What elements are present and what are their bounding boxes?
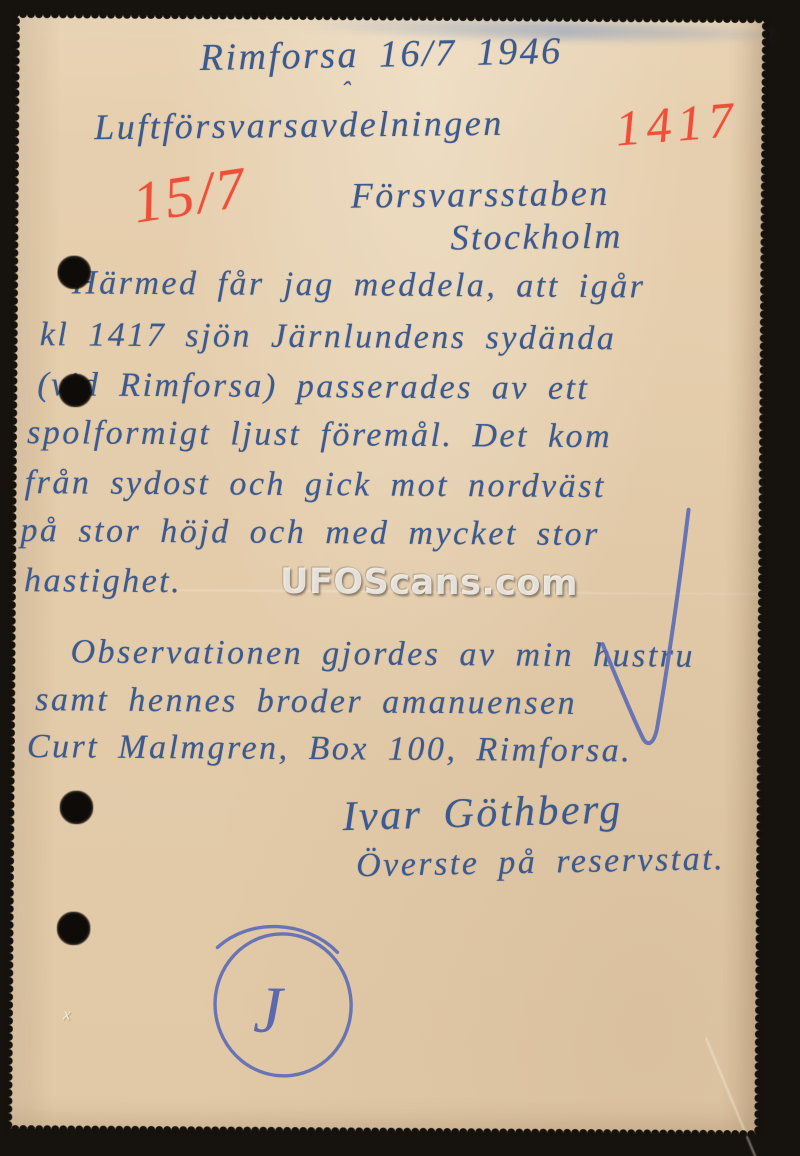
letter-card: Rimforsa 16/7 1946 ˆ Luftförsvarsavdelni… bbox=[8, 14, 766, 1134]
punch-hole bbox=[57, 255, 91, 289]
checkmark-annotation bbox=[602, 509, 689, 743]
circled-letter: J bbox=[253, 974, 286, 1047]
punch-hole bbox=[59, 790, 93, 824]
punch-hole bbox=[58, 373, 92, 407]
scan-background: { "watermark": { "text": "UFOScans.com" … bbox=[0, 0, 800, 1156]
punch-hole bbox=[56, 911, 90, 945]
watermark: UFOScans.com bbox=[280, 562, 578, 604]
circle-annotation-overlap bbox=[217, 926, 337, 952]
